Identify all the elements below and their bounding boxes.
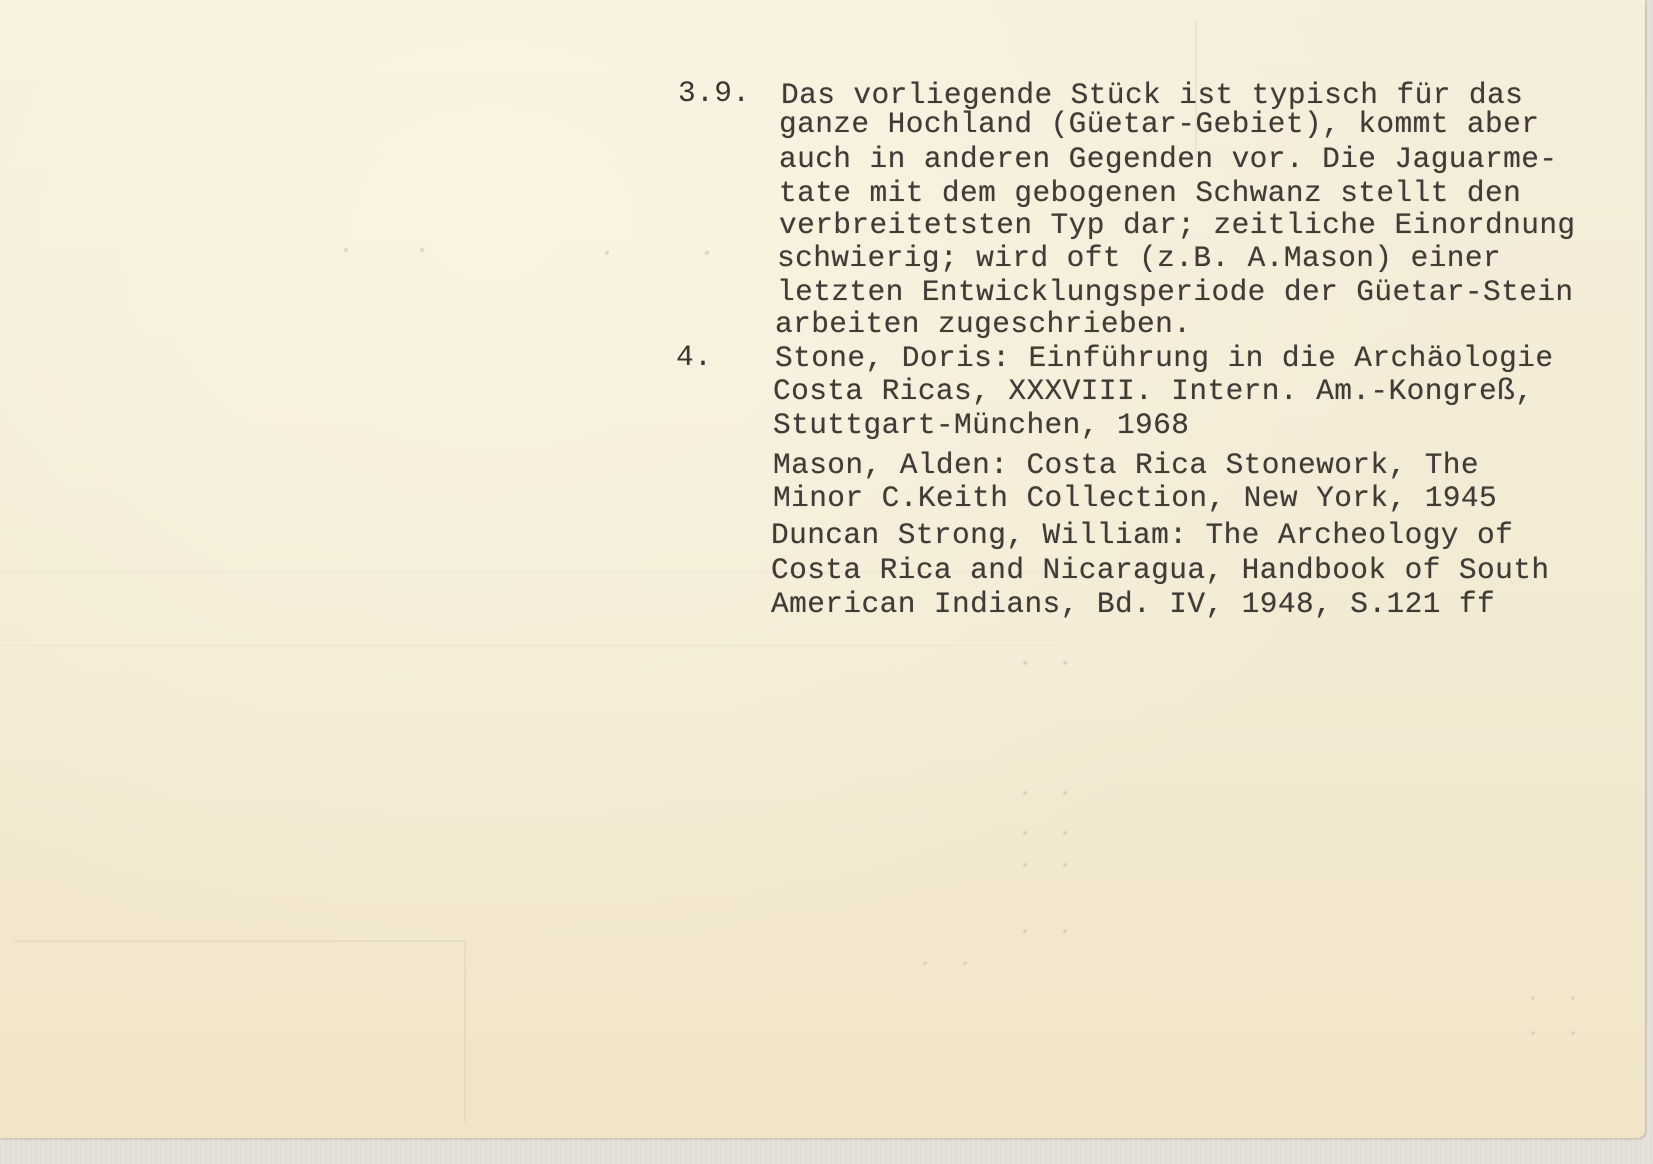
text-line: schwierig; wird oft (z.B. A.Mason) einer (777, 241, 1501, 275)
text-line: letzten Entwicklungsperiode der Güetar-S… (777, 275, 1574, 309)
entry-number: 4. (676, 340, 712, 374)
text-line: ganze Hochland (Güetar-Gebiet), kommt ab… (779, 107, 1539, 141)
text-line: Duncan Strong, William: The Archeology o… (771, 518, 1513, 552)
text-line: American Indians, Bd. IV, 1948, S.121 ff (771, 587, 1495, 621)
text-line: Stuttgart-München, 1968 (773, 408, 1189, 442)
text-line: Costa Ricas, XXXVIII. Intern. Am.-Kongre… (773, 374, 1533, 408)
text-line: arbeiten zugeschrieben. (775, 307, 1191, 341)
bleed-through-rule (0, 645, 1060, 646)
text-line: Costa Rica and Nicaragua, Handbook of So… (771, 553, 1549, 587)
bleed-through-box (14, 940, 466, 1122)
text-line: tate mit dem gebogenen Schwanz stellt de… (779, 176, 1521, 210)
text-line: Mason, Alden: Costa Rica Stonework, The (773, 448, 1479, 482)
entry-number: 3.9. (678, 76, 750, 110)
text-line: verbreitetsten Typ dar; zeitliche Einord… (779, 208, 1576, 242)
text-line: auch in anderen Gegenden vor. Die Jaguar… (779, 142, 1557, 176)
text-line: Stone, Doris: Einführung in die Archäolo… (775, 341, 1553, 375)
text-line: Minor C.Keith Collection, New York, 1945 (773, 481, 1497, 515)
index-card: 3.9. Das vorliegende Stück ist typisch f… (0, 0, 1645, 1138)
